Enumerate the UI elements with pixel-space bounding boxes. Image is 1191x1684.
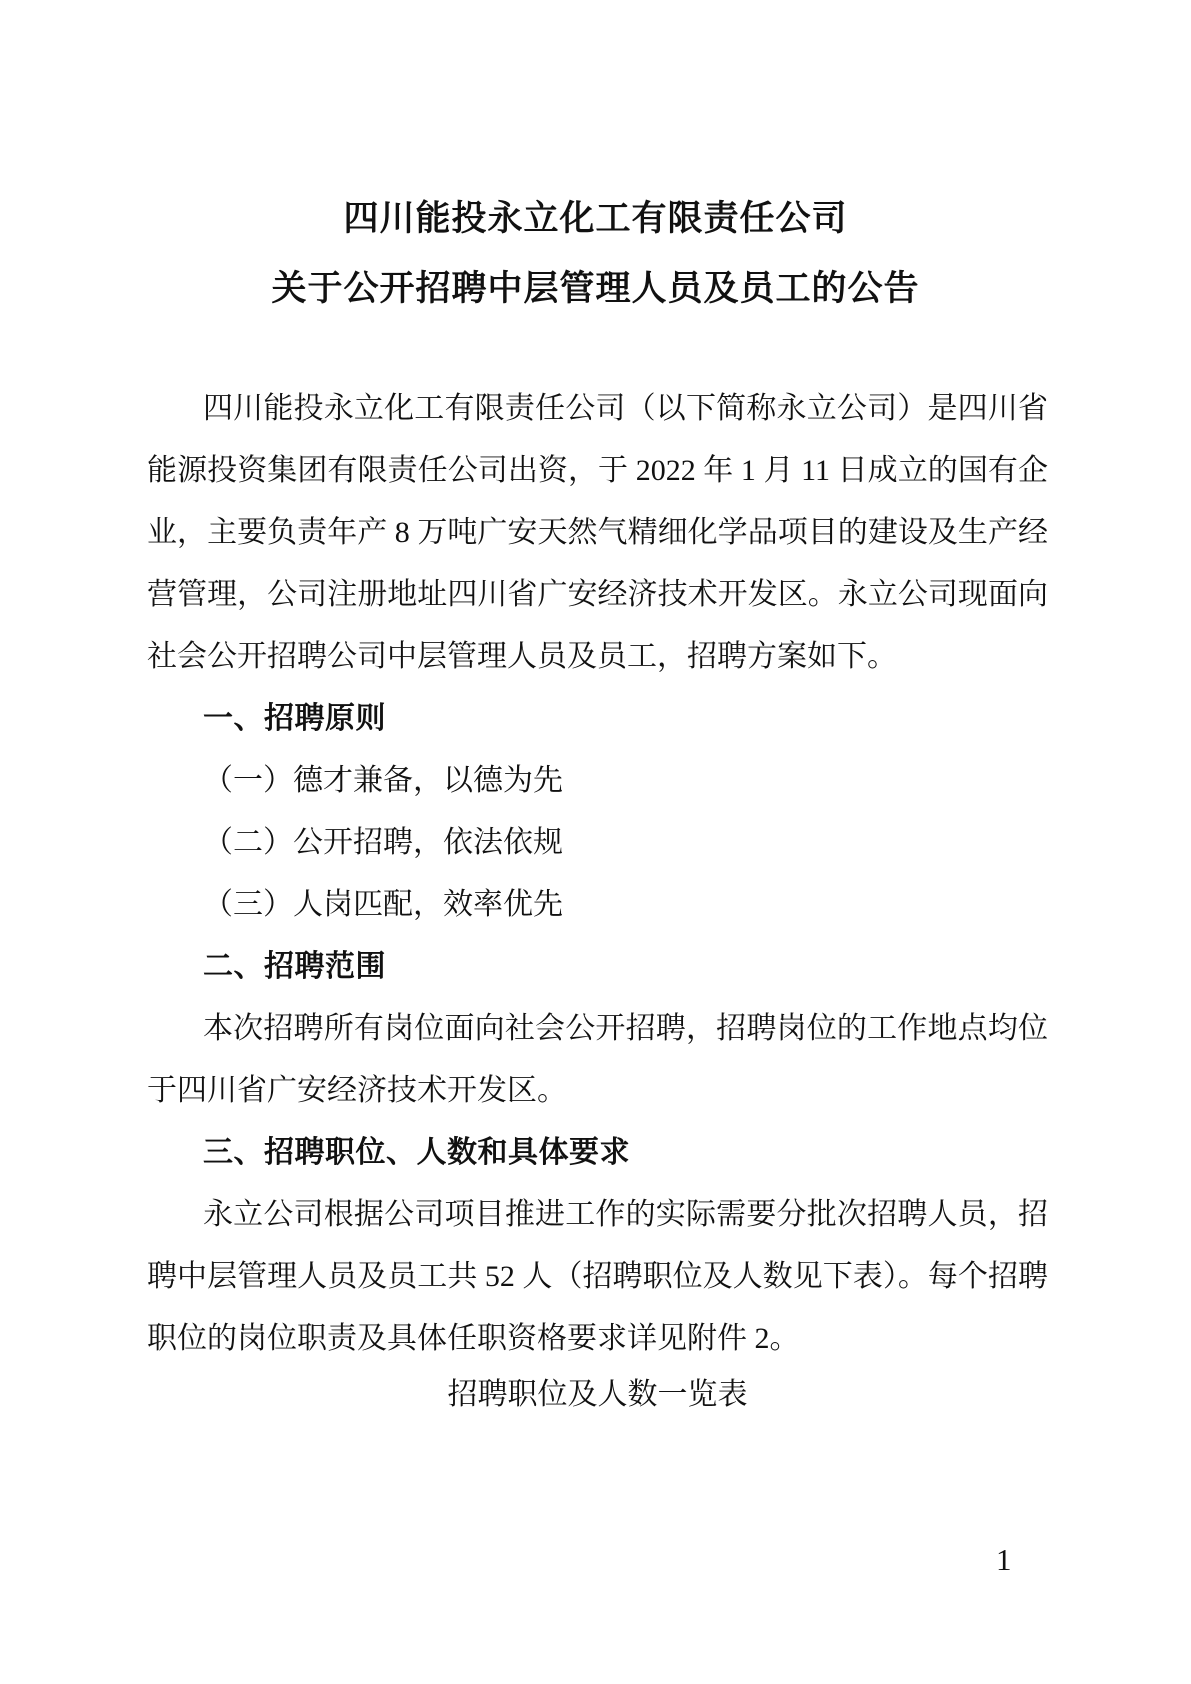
section2-heading: 二、招聘范围: [147, 936, 1048, 998]
intro-line-2: 能源投资集团有限责任公司出资，于 2022 年 1 月 11 日成立的国有企: [147, 440, 1048, 502]
section1-item-2: （二）公开招聘，依法依规: [147, 812, 1048, 874]
document-title: 四川能投永立化工有限责任公司 关于公开招聘中层管理人员及员工的公告: [0, 0, 1191, 324]
section2-line-2: 于四川省广安经济技术开发区。: [147, 1060, 1048, 1122]
section1-item-1: （一）德才兼备，以德为先: [147, 750, 1048, 812]
intro-line-5: 社会公开招聘公司中层管理人员及员工，招聘方案如下。: [147, 626, 1048, 688]
title-line-1: 四川能投永立化工有限责任公司: [0, 184, 1191, 254]
section2-line-1: 本次招聘所有岗位面向社会公开招聘，招聘岗位的工作地点均位: [147, 998, 1048, 1060]
document-page: 四川能投永立化工有限责任公司 关于公开招聘中层管理人员及员工的公告 四川能投永立…: [0, 0, 1191, 1684]
intro-line-1: 四川能投永立化工有限责任公司（以下简称永立公司）是四川省: [147, 378, 1048, 440]
recruitment-table-caption: 招聘职位及人数一览表: [147, 1370, 1048, 1420]
section3-line-2: 聘中层管理人员及员工共 52 人（招聘职位及人数见下表）。每个招聘: [147, 1246, 1048, 1308]
section3-line-1: 永立公司根据公司项目推进工作的实际需要分批次招聘人员，招: [147, 1184, 1048, 1246]
title-line-2: 关于公开招聘中层管理人员及员工的公告: [0, 254, 1191, 324]
section1-item-3: （三）人岗匹配，效率优先: [147, 874, 1048, 936]
document-body: 四川能投永立化工有限责任公司（以下简称永立公司）是四川省 能源投资集团有限责任公…: [147, 378, 1048, 1420]
intro-line-4: 营管理，公司注册地址四川省广安经济技术开发区。永立公司现面向: [147, 564, 1048, 626]
page-number: 1: [996, 1542, 1012, 1578]
intro-line-3: 业，主要负责年产 8 万吨广安天然气精细化学品项目的建设及生产经: [147, 502, 1048, 564]
section3-line-3: 职位的岗位职责及具体任职资格要求详见附件 2。: [147, 1308, 1048, 1370]
section1-heading: 一、招聘原则: [147, 688, 1048, 750]
section3-heading: 三、招聘职位、人数和具体要求: [147, 1122, 1048, 1184]
